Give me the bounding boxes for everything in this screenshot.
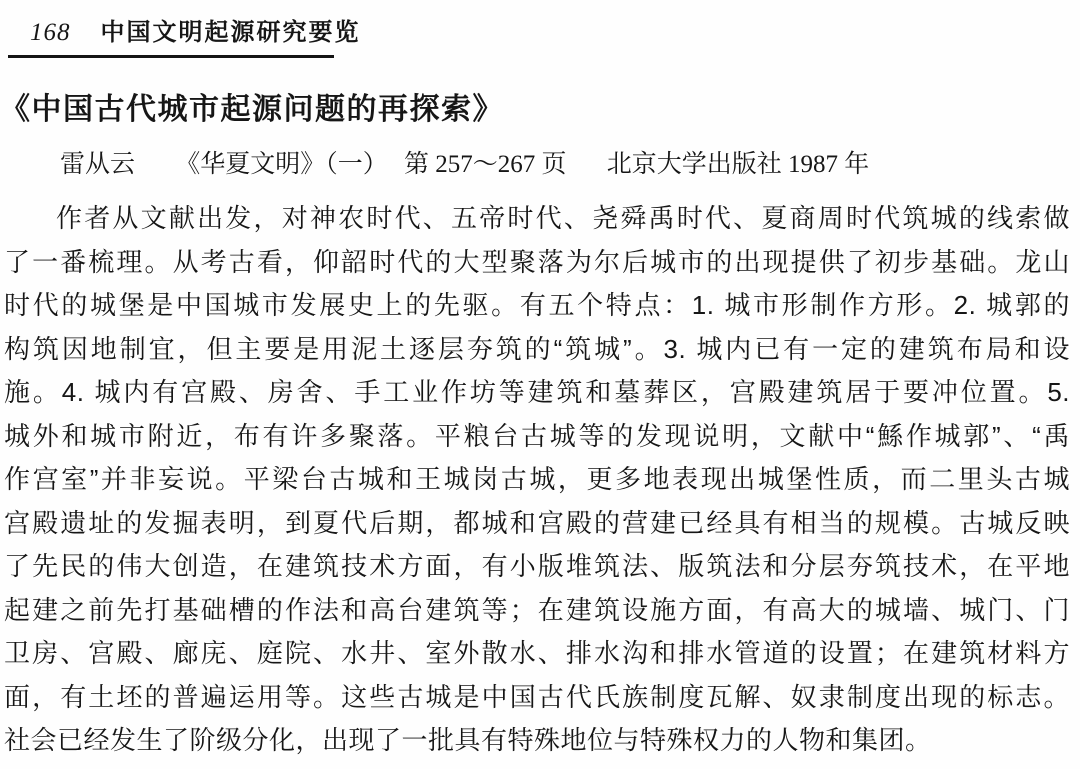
body-line: 社会已经发生了阶级分化，出现了一批具有特殊地位与特殊权力的人物和集团。 (4, 719, 1070, 763)
header-rule (8, 55, 334, 58)
citation-line: 雷从云 《华夏文明》（一） 第 257～267 页 北京大学出版社 1987 年 (60, 144, 1080, 180)
citation-pages: 第 257～267 页 (404, 151, 567, 178)
abstract-text: 作者从文献出发，对神农时代、五帝时代、尧舜禹时代、夏商周时代筑城的线索做 了一番… (4, 197, 1070, 763)
citation-publisher: 北京大学出版社 1987 年 (607, 151, 870, 178)
entry-title: 《中国古代城市起源问题的再探索》 (0, 84, 1080, 128)
body-line: 施。4. 城内有宫殿、房舍、手工业作坊等建筑和墓葬区，宫殿建筑居于要冲位置。5. (4, 371, 1070, 415)
body-line: 作宫室”并非妄说。平梁台古城和王城岗古城，更多地表现出城堡性质，而二里头古城 (4, 458, 1070, 502)
book-page: 168 中国文明起源研究要览 《中国古代城市起源问题的再探索》 雷从云 《华夏文… (0, 0, 1080, 769)
running-head-title: 中国文明起源研究要览 (101, 12, 361, 47)
body-line: 时代的城堡是中国城市发展史上的先驱。有五个特点：1. 城市形制作方形。2. 城郭… (4, 284, 1070, 328)
body-line: 面，有土坯的普遍运用等。这些古城是中国古代氏族制度瓦解、奴隶制度出现的标志。 (4, 676, 1070, 720)
citation-work: 《华夏文明》（一） (175, 151, 388, 178)
body-line: 构筑因地制宜，但主要是用泥土逐层夯筑的“筑城”。3. 城内已有一定的建筑布局和设 (4, 328, 1070, 372)
body-line: 宫殿遗址的发掘表明，到夏代后期，都城和宫殿的营建已经具有相当的规模。古城反映 (4, 502, 1070, 546)
body-line: 了一番梳理。从考古看，仰韶时代的大型聚落为尔后城市的出现提供了初步基础。龙山 (4, 241, 1070, 285)
page-header: 168 中国文明起源研究要览 (0, 0, 1080, 47)
body-line: 起建之前先打基础槽的作法和高台建筑等；在建筑设施方面，有高大的城墙、城门、门 (4, 589, 1070, 633)
page-number: 168 (30, 19, 71, 47)
body-line: 了先民的伟大创造，在建筑技术方面，有小版堆筑法、版筑法和分层夯筑技术，在平地 (4, 545, 1070, 589)
body-line: 卫房、宫殿、廊庑、庭院、水井、室外散水、排水沟和排水管道的设置；在建筑材料方 (4, 632, 1070, 676)
body-line: 作者从文献出发，对神农时代、五帝时代、尧舜禹时代、夏商周时代筑城的线索做 (4, 197, 1070, 241)
citation-author: 雷从云 (60, 151, 135, 178)
body-line: 城外和城市附近，布有许多聚落。平粮台古城等的发现说明，文献中“鯀作城郭”、“禹 (4, 415, 1070, 459)
